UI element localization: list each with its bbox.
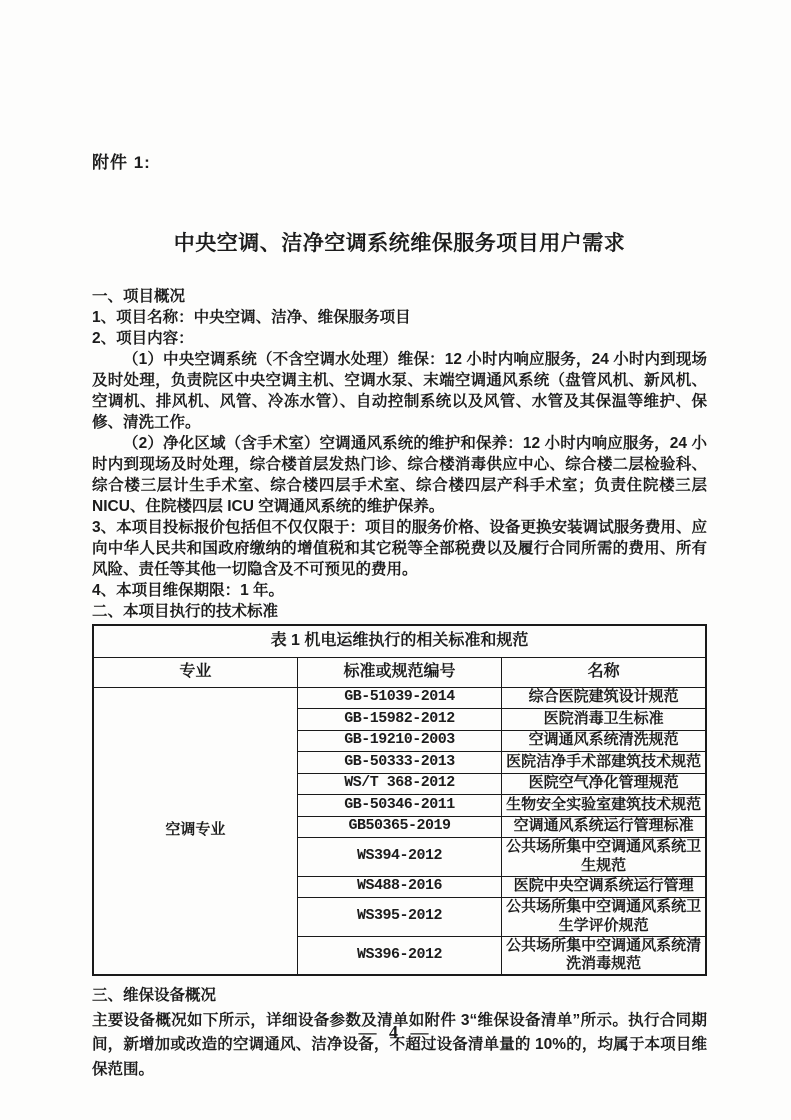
cell-code: GB-50346-2011 [297, 795, 501, 817]
document-title: 中央空调、洁净空调系统维保服务项目用户需求 [92, 227, 707, 257]
cell-code: GB50365-2019 [297, 816, 501, 838]
cell-name: 医院空气净化管理规范 [502, 773, 706, 795]
project-name-item: 1、项目名称：中央空调、洁净、维保服务项目 [92, 307, 707, 328]
page-content: 附件 1: 中央空调、洁净空调系统维保服务项目用户需求 一、项目概况 1、项目名… [0, 148, 791, 1082]
section3-heading: 三、维保设备概况 [92, 984, 707, 1009]
body-text-block: 一、项目概况 1、项目名称：中央空调、洁净、维保服务项目 2、项目内容： （1）… [92, 286, 707, 622]
cell-code: WS394-2012 [297, 838, 501, 877]
cell-code: WS488-2016 [297, 876, 501, 898]
table-caption: 表 1 机电运维执行的相关标准和规范 [93, 625, 706, 657]
table-caption-row: 表 1 机电运维执行的相关标准和规范 [93, 625, 706, 657]
cell-name: 医院洁净手术部建筑技术规范 [502, 752, 706, 774]
column-header-profession: 专业 [93, 657, 297, 687]
cell-name: 公共场所集中空调通风系统清洗消毒规范 [502, 936, 706, 975]
table-header-row: 专业 标准或规范编号 名称 [93, 657, 706, 687]
section1-heading: 一、项目概况 [92, 286, 707, 307]
table-row: 空调专业 GB-51039-2014 综合医院建筑设计规范 [93, 687, 706, 709]
cell-name: 公共场所集中空调通风系统卫生学评价规范 [502, 898, 706, 937]
cell-code: WS396-2012 [297, 936, 501, 975]
cell-name: 医院消毒卫生标准 [502, 709, 706, 731]
cell-code: GB-51039-2014 [297, 687, 501, 709]
cell-name: 公共场所集中空调通风系统卫生规范 [502, 838, 706, 877]
page-number: — 4 — [0, 1022, 791, 1043]
cell-name: 空调通风系统运行管理标准 [502, 816, 706, 838]
attachment-label: 附件 1: [92, 148, 707, 173]
cell-code: WS395-2012 [297, 898, 501, 937]
document-page: 附件 1: 中央空调、洁净空调系统维保服务项目用户需求 一、项目概况 1、项目名… [0, 0, 791, 1120]
bid-price-item: 3、本项目投标报价包括但不仅仅限于：项目的服务价格、设备更换安装调试服务费用、应… [92, 517, 707, 580]
cell-code: GB-15982-2012 [297, 709, 501, 731]
section2-heading: 二、本项目执行的技术标准 [92, 601, 707, 622]
cell-code: WS/T 368-2012 [297, 773, 501, 795]
cell-name: 综合医院建筑设计规范 [502, 687, 706, 709]
column-header-code: 标准或规范编号 [297, 657, 501, 687]
cell-name: 生物安全实验室建筑技术规范 [502, 795, 706, 817]
project-content-item: 2、项目内容： [92, 328, 707, 349]
paragraph-clean-area: （2）净化区域（含手术室）空调通风系统的维护和保养：12 小时内响应服务，24 … [92, 433, 707, 517]
section3-paragraph: 主要设备概况如下所示，详细设备参数及清单如附件 3“维保设备清单”所示。执行合同… [92, 1009, 707, 1083]
standards-table: 表 1 机电运维执行的相关标准和规范 专业 标准或规范编号 名称 空调专业 GB… [92, 624, 707, 976]
cell-name: 医院中央空调系统运行管理 [502, 876, 706, 898]
cell-name: 空调通风系统清洗规范 [502, 730, 706, 752]
column-header-name: 名称 [502, 657, 706, 687]
cell-code: GB-50333-2013 [297, 752, 501, 774]
paragraph-central-ac: （1）中央空调系统（不含空调水处理）维保：12 小时内响应服务，24 小时内到现… [92, 349, 707, 433]
maintenance-period-item: 4、本项目维保期限：1 年。 [92, 580, 707, 601]
cell-profession: 空调专业 [93, 687, 297, 975]
cell-code: GB-19210-2003 [297, 730, 501, 752]
